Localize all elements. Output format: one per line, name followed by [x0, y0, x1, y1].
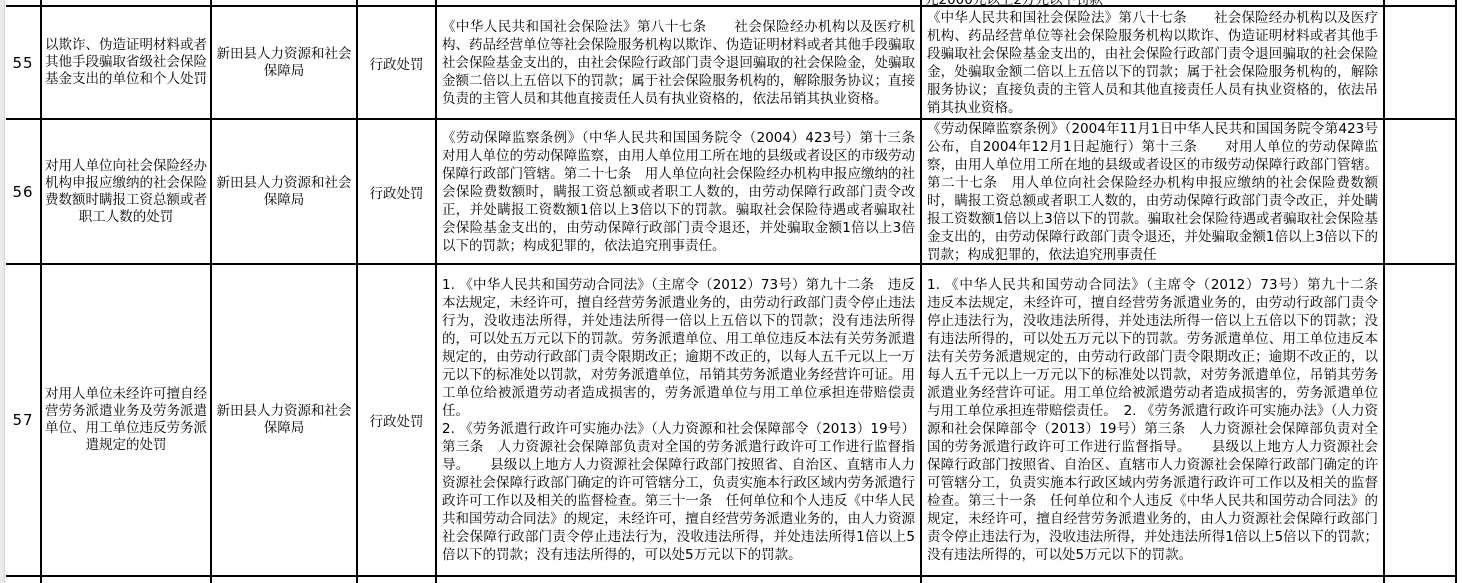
row-57-type-cell: 行政处罚 — [358, 265, 437, 577]
penalty-type: 行政处罚 — [370, 410, 424, 430]
legal-basis-2: 《中华人民共和国社会保险法》第八十七条 社会保险经办机构以及医疗机构、药品经营单… — [927, 9, 1378, 117]
clipped-text-fragment-wrap: 元2000元以上2万元以下罚款 — [922, 0, 1383, 5]
bottom-row-basis1-cell — [437, 577, 922, 583]
clipped-text-fragment: 元2000元以上2万元以下罚款 — [925, 0, 1103, 5]
penalty-item: 对用人单位向社会保险经办机构申报应缴纳的社会保险费数额时瞒报工资总额或者职工人数… — [44, 158, 208, 226]
row-56-item-cell: 对用人单位向社会保险经办机构申报应缴纳的社会保险费数额时瞒报工资总额或者职工人数… — [42, 120, 212, 265]
clipped-row-extra-cell — [1385, 0, 1457, 7]
legal-basis-1: 《中华人民共和国社会保险法》第八十七条 社会保险经办机构以及医疗机构、药品经营单… — [442, 18, 915, 108]
row-56-extra-cell — [1385, 120, 1457, 265]
row-55-basis1-cell: 《中华人民共和国社会保险法》第八十七条 社会保险经办机构以及医疗机构、药品经营单… — [437, 7, 922, 120]
row-55-item-cell: 以欺诈、伪造证明材料或者其他手段骗取省级社会保险基金支出的单位和个人处罚 — [42, 7, 212, 120]
penalty-item: 对用人单位未经许可擅自经营劳务派遣业务及劳务派遣单位、用工单位违反劳务派遣规定的… — [44, 386, 208, 454]
legal-basis-2: 1. 《中华人民共和国劳动合同法》（主席令（2012）73号）第九十二条 违反本… — [927, 276, 1378, 564]
left-margin-strip — [0, 0, 5, 583]
row-56-agency-cell: 新田县人力资源和社会保障局 — [212, 120, 358, 265]
row-55-extra-cell — [1385, 7, 1457, 120]
row-56-basis1-cell: 《劳动保障监察条例》（中华人民共和国国务院令（2004）423号）第十三条 对用… — [437, 120, 922, 265]
row-55-agency-cell: 新田县人力资源和社会保障局 — [212, 7, 358, 120]
row-56-type-cell: 行政处罚 — [358, 120, 437, 265]
row-57-extra-cell — [1385, 265, 1457, 577]
row-number: 55 — [12, 54, 33, 72]
clipped-row-type-cell — [358, 0, 437, 7]
clipped-row-number-cell — [6, 0, 42, 7]
agency: 新田县人力资源和社会保障局 — [216, 175, 352, 209]
row-57-basis1-cell: 1. 《中华人民共和国劳动合同法》（主席令（2012）73号）第九十二条 违反本… — [437, 265, 922, 577]
bottom-row-number-cell — [6, 577, 42, 583]
row-number: 56 — [12, 183, 33, 201]
bottom-row-extra-cell — [1385, 577, 1457, 583]
penalty-item: 以欺诈、伪造证明材料或者其他手段骗取省级社会保险基金支出的单位和个人处罚 — [44, 37, 208, 88]
clipped-row-basis1-cell — [437, 0, 922, 7]
row-57-basis2-cell: 1. 《中华人民共和国劳动合同法》（主席令（2012）73号）第九十二条 违反本… — [922, 265, 1385, 577]
bottom-row-item-cell — [42, 577, 212, 583]
penalty-type: 行政处罚 — [370, 182, 424, 202]
penalty-table: 元2000元以上2万元以下罚款 55 以欺诈、伪造证明材料或者其他手段骗取省级社… — [6, 0, 1457, 583]
penalty-type: 行政处罚 — [370, 53, 424, 73]
row-57-item-cell: 对用人单位未经许可擅自经营劳务派遣业务及劳务派遣单位、用工单位违反劳务派遣规定的… — [42, 265, 212, 577]
clipped-row-basis2-cell: 元2000元以上2万元以下罚款 — [922, 0, 1385, 7]
bottom-row-basis2-cell — [922, 577, 1385, 583]
legal-basis-2: 《劳动保障监察条例》（2004年11月1日中华人民共和国国务院令第423号公布，… — [927, 120, 1378, 264]
clipped-row-agency-cell — [212, 0, 358, 7]
row-57-number-cell: 57 — [6, 265, 42, 577]
agency: 新田县人力资源和社会保障局 — [216, 403, 352, 437]
row-56-basis2-cell: 《劳动保障监察条例》（2004年11月1日中华人民共和国国务院令第423号公布，… — [922, 120, 1385, 265]
bottom-row-type-cell — [358, 577, 437, 583]
legal-basis-1: 《劳动保障监察条例》（中华人民共和国国务院令（2004）423号）第十三条 对用… — [442, 129, 915, 255]
row-57-agency-cell: 新田县人力资源和社会保障局 — [212, 265, 358, 577]
bottom-row-agency-cell — [212, 577, 358, 583]
row-56-number-cell: 56 — [6, 120, 42, 265]
legal-basis-1: 1. 《中华人民共和国劳动合同法》（主席令（2012）73号）第九十二条 违反本… — [442, 276, 915, 564]
row-55-type-cell: 行政处罚 — [358, 7, 437, 120]
penalty-table-screen: 元2000元以上2万元以下罚款 55 以欺诈、伪造证明材料或者其他手段骗取省级社… — [0, 0, 1462, 583]
row-55-basis2-cell: 《中华人民共和国社会保险法》第八十七条 社会保险经办机构以及医疗机构、药品经营单… — [922, 7, 1385, 120]
row-55-number-cell: 55 — [6, 7, 42, 120]
clipped-row-item-cell — [42, 0, 212, 7]
agency: 新田县人力资源和社会保障局 — [216, 46, 352, 80]
row-number: 57 — [12, 411, 33, 429]
